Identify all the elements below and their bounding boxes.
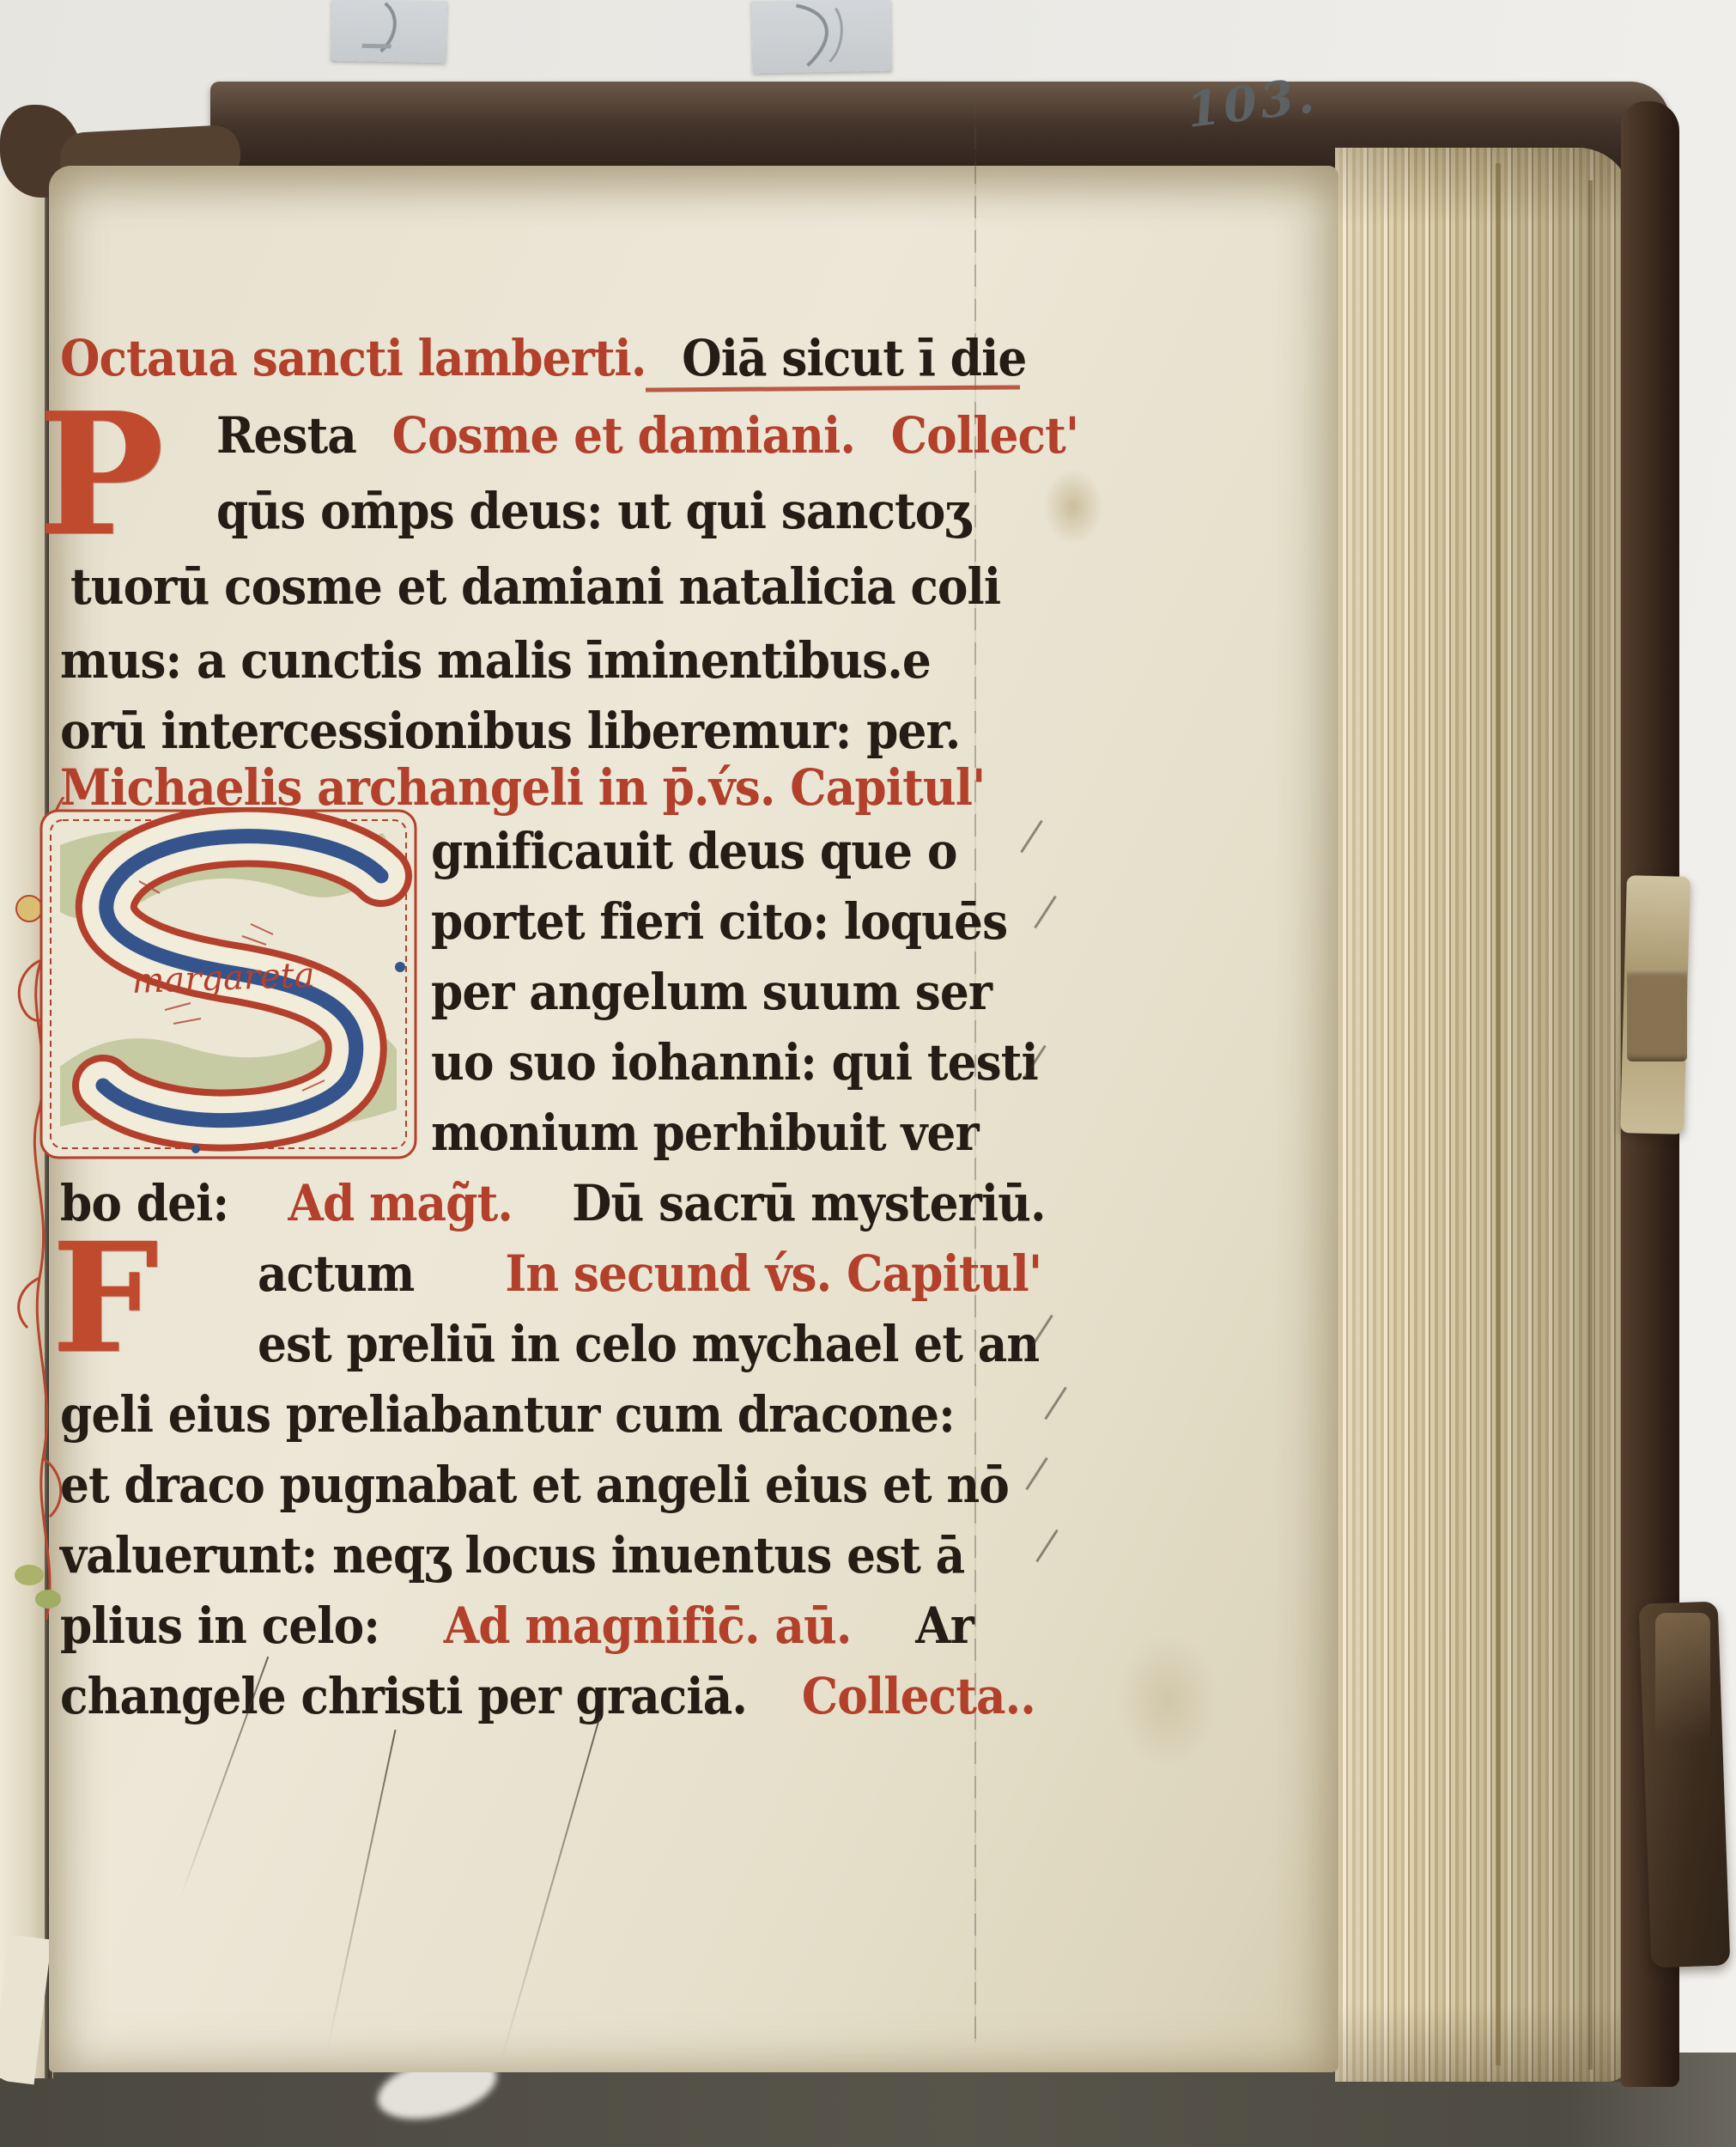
rubric-segment: Collect' (891, 406, 1079, 465)
text-line-13: valuerunt: neqʒ locus inuentus est ā (60, 1530, 964, 1580)
text-segment: monium perhibuit ver (431, 1104, 979, 1162)
rubric-segment: Michaelis archangeli in p̄.v́s. Capitul' (60, 758, 985, 817)
text-segment: per angelum suum ser (431, 963, 992, 1021)
versal-initial-p: P (38, 391, 164, 559)
text-segment: orū intercessionibus liberemur: per. (60, 702, 960, 760)
text-segment: plius in celo: (60, 1597, 379, 1655)
text-line-3: qūs om̄ps deus: ut qui sanctoʒ (216, 486, 970, 536)
text-line-6: orū intercessionibus liberemur: per. (60, 706, 960, 756)
text-line-4: tuorū cosme et damiani natalicia coli (70, 562, 1000, 611)
text-line-9: actum In secund v́s. Capitul' (258, 1249, 1041, 1299)
text-line-10: est preliū in celo mychael et an (258, 1319, 1039, 1369)
pencil-mark (751, 0, 891, 73)
fore-edge-seam (1496, 163, 1501, 2065)
text-line-5: mus: a cunctis malis īminentibus.e (60, 636, 931, 685)
folio-number: 103. (1184, 71, 1320, 135)
rubric-segment: Ad magnific̄. aū. (444, 1597, 852, 1655)
illuminated-initial-s: margareta (36, 807, 424, 1163)
text-segment: portet fieri cito: loquēs (431, 892, 1007, 951)
text-line-11: geli eius preliabantur cum dracone: (60, 1390, 955, 1439)
text-line-12: et draco pugnabat et angeli eius et nō (60, 1460, 1009, 1510)
text-segment: et draco pugnabat et angeli eius et nō (60, 1456, 1009, 1514)
text-segment: Ar (915, 1597, 974, 1655)
rubric-segment: Ad mag̃t. (288, 1174, 513, 1232)
text-segment: Resta (216, 406, 356, 465)
text-segment: Dū sacrū mysteriū. (572, 1174, 1046, 1232)
fore-edge-shading (1335, 148, 1631, 2082)
text-line-15: changele christi per graciā. Collecta.. (60, 1671, 1035, 1721)
pencil-mark (331, 0, 446, 63)
text-line-b3: per angelum suum ser (431, 967, 992, 1017)
fore-edge-seam (1588, 180, 1593, 2070)
text-line-2: Resta Cosme et damiani. Collect' (216, 411, 1078, 460)
clasp-strap-highlight (1655, 1613, 1710, 1742)
text-line-b5: monium perhibuit ver (431, 1108, 979, 1158)
text-segment: est preliū in celo mychael et an (258, 1315, 1039, 1373)
text-line-14: plius in celo: Ad magnific̄. aū. Ar (60, 1601, 974, 1651)
text-line-1: Octaua sancti lamberti. Oiā sicut ī die (60, 333, 1026, 383)
text-segment: changele christi per graciā. (60, 1667, 747, 1725)
text-segment: actum (258, 1244, 414, 1303)
initial-inscription: margareta (131, 956, 316, 1001)
text-segment: tuorū cosme et damiani natalicia coli (70, 557, 1000, 616)
text-segment: gnificauit deus que o (431, 822, 957, 880)
page-stain (1116, 1632, 1219, 1769)
rubric-segment: Octaua sancti lamberti. (60, 329, 646, 387)
index-tab (331, 0, 446, 63)
text-segment: uo suo iohanni: qui testi (431, 1033, 1038, 1092)
text-segment: qūs om̄ps deus: ut qui sanctoʒ (216, 482, 970, 540)
rubric-line-michaelis: Michaelis archangeli in p̄.v́s. Capitul' (60, 763, 985, 812)
versal-initial-f: F (52, 1223, 159, 1374)
index-tab (751, 0, 891, 73)
text-segment: Oiā sicut ī die (682, 329, 1026, 387)
rubric-segment: In secund v́s. Capitul' (505, 1244, 1041, 1303)
page-stain (1043, 468, 1103, 545)
text-line-b4: uo suo iohanni: qui testi (431, 1037, 1038, 1087)
manuscript-photo: { "folio": { "number": "103." }, "initia… (0, 0, 1736, 2147)
text-segment: valuerunt: neqʒ locus inuentus est ā (60, 1526, 964, 1584)
text-line-8: bo dei: Ad mag̃t. Dū sacrū mysteriū. (60, 1178, 1046, 1228)
text-segment: mus: a cunctis malis īminentibus.e (60, 631, 931, 690)
rubric-segment: Collecta.. (802, 1667, 1035, 1725)
clasp-catch-band (1627, 969, 1687, 1061)
text-line-b2: portet fieri cito: loquēs (431, 897, 1007, 946)
text-segment: geli eius preliabantur cum dracone: (60, 1385, 955, 1444)
rubric-segment: Cosme et damiani. (392, 406, 855, 465)
text-segment: bo dei: (60, 1174, 228, 1232)
text-line-b1: gnificauit deus que o (431, 826, 957, 876)
